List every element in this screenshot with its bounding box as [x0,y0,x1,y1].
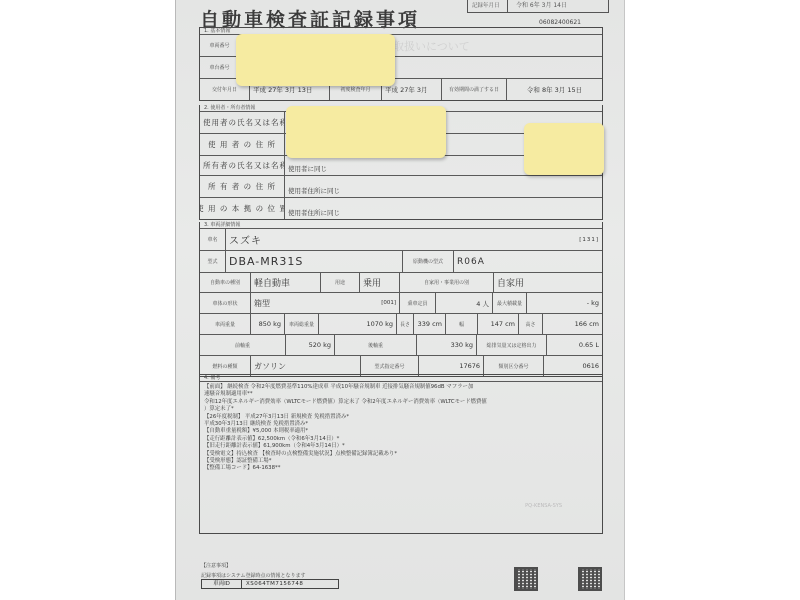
use-value: 乗用 [360,273,400,292]
model-label: 型式 [200,251,226,272]
document-serial: 06082400621 [539,19,581,26]
model-row: 型式 DBA-MR31S 原動機の型式 R06A [200,251,602,273]
owner-addr-row: 所 有 者 の 住 所 使用者住所に同じ [200,176,602,198]
maker-label: 車名 [200,229,226,250]
owner-name-label: 所有者の氏名又は名称 [200,156,285,175]
base-label: 使 用 の 本 拠 の 位 置 [200,198,285,219]
vehicle-id-label: 車両ID [202,580,242,588]
user-name-label: 使用者の氏名又は名称 [200,112,285,133]
remarks-line: 【整備工場コード】64-1638** [204,465,598,472]
maker-name: スズキ [229,232,262,247]
width-value: 147 cm [478,314,519,334]
remarks-footer: PQ-KENSA-SYS [525,503,562,509]
section-remarks: 4. 備考 [200,375,602,382]
engine-label: 原動機の型式 [403,251,454,272]
chassis-label: 車台番号 [200,57,240,78]
record-date-label: 記録年月日 [468,0,508,12]
remarks-body: 【前面】 継続検査 令和2年度燃費基準110%達成車 平成10年騒音規制車 近接… [200,382,602,475]
displacement-label: 総排気量又は定格出力 [477,335,547,355]
class-no-label: 類別区分番号 [484,356,544,376]
remarks-line: 【26年度税制】 平成27年3月13日 新規検査 免税措置済み* [204,414,598,421]
length-label: 長さ [397,314,414,334]
front-axle-value: 520 kg [286,335,335,355]
section-vehicle: 3. 車両詳細情報 [200,222,602,229]
type-no-label: 型式指定番号 [361,356,419,376]
owner-addr-label: 所 有 者 の 住 所 [200,176,285,197]
body-value: 箱型 [001] [251,293,400,313]
vehicle-info-table: 3. 車両詳細情報 車名 スズキ [131] 型式 DBA-MR31S 原動機の… [199,222,603,377]
kind-value: 軽自動車 [251,273,321,292]
notes: 【注意事項】 記録事項はシステム登録時点の情報となります [201,562,306,579]
axle-row: 前軸重 520 kg 後軸重 330 kg 総排気量又は定格出力 0.65 L [200,335,602,356]
maker-code: [131] [579,237,599,243]
body-type: 箱型 [254,298,270,309]
fuel-row: 燃料の種類 ガソリン 型式指定番号 17676 類別区分番号 0616 [200,356,602,376]
redaction-sticker [286,106,446,158]
rear-axle-value: 330 kg [417,335,477,355]
height-label: 高さ [519,314,543,334]
maker-value: スズキ [131] [226,229,602,250]
user-addr-label: 使 用 者 の 住 所 [200,134,285,155]
base-row: 使 用 の 本 拠 の 位 置 使用者住所に同じ [200,198,602,219]
weight-label: 車両重量 [200,314,251,334]
class-no-value: 0616 [544,356,602,376]
gross-value: 1070 kg [319,314,397,334]
record-date-box: 記録年月日 令和 6年 3月 14日 [467,0,609,13]
max-load-label: 最大積載量 [493,293,527,313]
type-no-value: 17676 [419,356,484,376]
ghost-text: 取扱いについて [393,38,470,54]
remarks-box: 4. 備考 【前面】 継続検査 令和2年度燃費基準110%達成車 平成10年騒音… [199,374,603,534]
remarks-line: 【自動車重量税額】¥5,000 本則税率適用* [204,428,598,435]
qr-code-icon [514,567,538,591]
length-value: 339 cm [414,314,446,334]
expiry-date: 令和 8年 3月 15日 [507,79,602,100]
kind-row: 自動車の種別 軽自動車 用途 乗用 自家用・事業用の別 自家用 [200,273,602,293]
remarks-line: ）算定未了* [204,406,598,413]
expiry-label: 有効期間の満了する日 [442,79,507,100]
body-row: 車体の形状 箱型 [001] 乗車定員 4 人 最大積載量 - kg [200,293,602,314]
base-value: 使用者住所に同じ [285,198,602,219]
dimensions-row: 車両重量 850 kg 車両総重量 1070 kg 長さ 339 cm 幅 14… [200,314,602,335]
vehicle-id-value: XS064TM7156748 [242,580,303,588]
use-label: 用途 [321,273,360,292]
displacement-value: 0.65 L [547,335,602,355]
height-value: 166 cm [543,314,602,334]
record-date-value: 令和 6年 3月 14日 [508,0,608,12]
kind-label: 自動車の種別 [200,273,251,292]
redaction-sticker [524,123,604,175]
remarks-line: 【前面】 継続検査 令和2年度燃費基準110%達成車 平成10年騒音規制車 近接… [204,384,598,391]
capacity-label: 乗車定員 [400,293,436,313]
fuel-value: ガソリン [251,356,361,376]
body-label: 車体の形状 [200,293,251,313]
notes-heading: 【注意事項】 [201,562,306,569]
redaction-sticker [236,34,395,86]
width-label: 幅 [446,314,478,334]
rear-axle-label: 後軸重 [335,335,417,355]
purpose-value: 自家用 [494,273,602,292]
remarks-line: 【受検電文】持込検査 【検査時の点検整備実施状況】点検整備記録簿記載あり* [204,451,598,458]
front-axle-label: 前軸重 [200,335,286,355]
remarks-line: 速騒音規制適用車** [204,391,598,398]
vehicle-id-box: 車両ID XS064TM7156748 [201,579,339,589]
capacity-value: 4 人 [436,293,493,313]
owner-addr-value: 使用者住所に同じ [285,176,602,197]
reg-no-label: 車両番号 [200,35,240,56]
max-load-value: - kg [527,293,602,313]
engine-value: R06A [454,251,602,272]
gross-label: 車両総重量 [285,314,319,334]
fuel-label: 燃料の種類 [200,356,251,376]
maker-row: 車名 スズキ [131] [200,229,602,251]
purpose-label: 自家用・事業用の別 [400,273,494,292]
notes-text: 記録事項はシステム登録時点の情報となります [201,572,306,579]
model-value: DBA-MR31S [226,251,403,272]
qr-code-icon [578,567,602,591]
body-code: [001] [381,300,396,306]
weight-value: 850 kg [251,314,285,334]
remarks-line: 【旧走行距離計表示値】61,900km（令和4年3月14日）* [204,443,598,450]
remarks-line: 令和12年度エネルギー消費効率（WLTCモード燃費値）算定未了 令和2年度エネル… [204,399,598,406]
